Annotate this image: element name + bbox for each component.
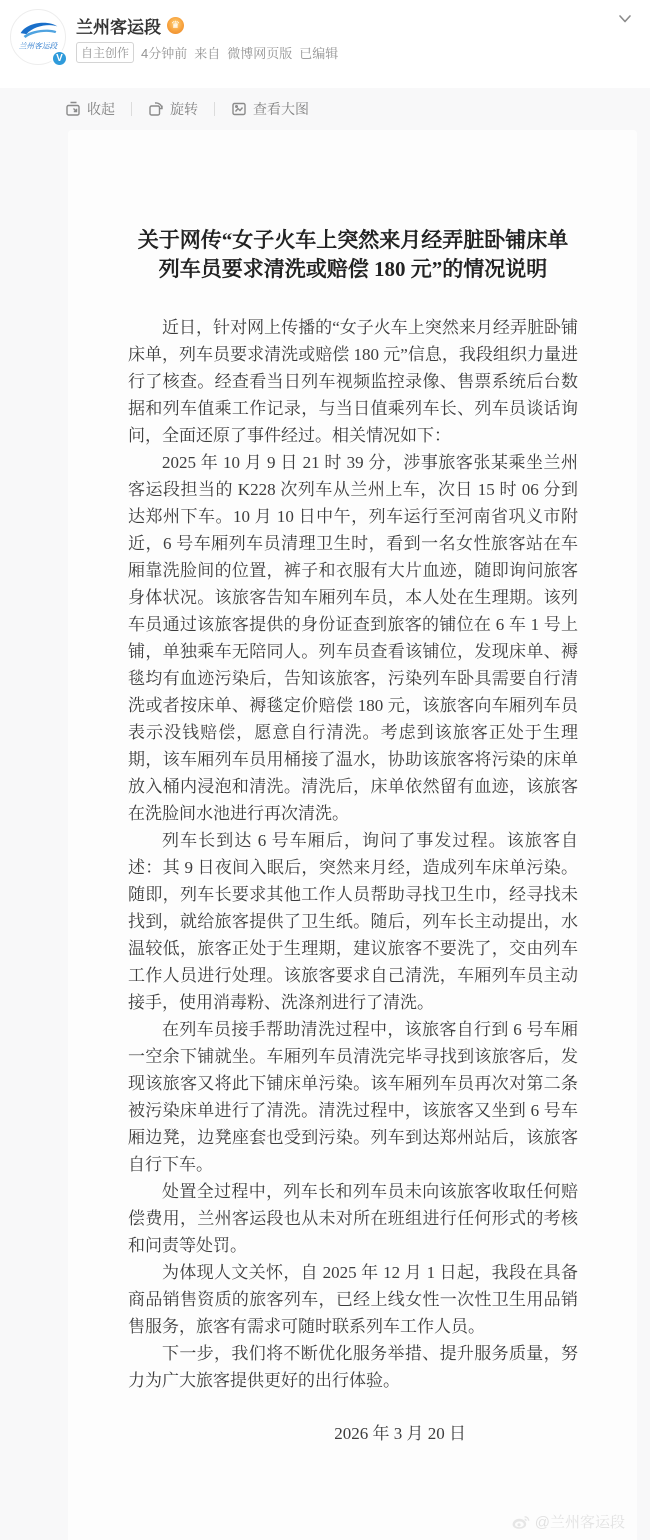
collapse-icon: [65, 101, 81, 117]
avatar[interactable]: 兰州客运段 V: [10, 9, 66, 65]
post-header: 兰州客运段 V 兰州客运段 ♛ 自主创作 4分钟前 来自 微博网页版 已编辑: [0, 0, 650, 88]
image-toolbar: 收起 旋转 查看大图: [0, 88, 650, 130]
statement-paragraph: 为体现人文关怀，自 2025 年 12 月 1 日起，我段在具备商品销售资质的旅…: [128, 1259, 578, 1340]
post-time[interactable]: 4分钟前: [141, 43, 187, 62]
watermark-text: @兰州客运段: [535, 1511, 625, 1532]
weibo-logo-icon: [511, 1514, 531, 1530]
statement-body: 近日，针对网上传播的“女子火车上突然来月经弄脏卧铺床单，列车员要求清洗或赔偿 1…: [128, 314, 578, 1394]
rotate-icon: [148, 101, 164, 117]
view-large-image-icon: [231, 101, 247, 117]
statement-paragraph: 2025 年 10 月 9 日 21 时 39 分，涉事旅客张某乘坐兰州客运段担…: [128, 449, 578, 827]
watermark: @兰州客运段: [511, 1511, 625, 1532]
member-medal-icon: ♛: [167, 17, 184, 34]
statement-paragraph: 列车长到达 6 号车厢后，询问了事发过程。该旅客自述：其 9 日夜间入眠后，突然…: [128, 827, 578, 1016]
statement-paragraph: 处置全过程中，列车长和列车员未向该旅客收取任何赔偿费用，兰州客运段也从未对所在班…: [128, 1178, 578, 1259]
weibo-post-page: { "header": { "username": "兰州客运段", "avat…: [0, 0, 650, 1540]
statement-paragraph: 近日，针对网上传播的“女子火车上突然来月经弄脏卧铺床单，列车员要求清洗或赔偿 1…: [128, 314, 578, 449]
view-large-label: 查看大图: [253, 99, 309, 119]
svg-text:兰州客运段: 兰州客运段: [19, 42, 59, 51]
statement-content: 关于网传“女子火车上突然来月经弄脏卧铺床单 列车员要求清洗或赔偿 180 元”的…: [68, 130, 637, 1447]
verified-badge-icon: V: [51, 50, 68, 67]
statement-title-line2: 列车员要求清洗或赔偿 180 元”的情况说明: [128, 255, 578, 284]
original-content-badge: 自主创作: [76, 42, 134, 63]
statement-image[interactable]: 关于网传“女子火车上突然来月经弄脏卧铺床单 列车员要求清洗或赔偿 180 元”的…: [68, 130, 637, 1540]
toolbar-divider: [131, 102, 132, 116]
chevron-down-icon[interactable]: [616, 10, 634, 28]
statement-paragraph: 下一步，我们将不断优化服务举措、提升服务质量，努力为广大旅客提供更好的出行体验。: [128, 1340, 578, 1394]
toolbar-divider: [214, 102, 215, 116]
rotate-button[interactable]: 旋转: [148, 99, 198, 119]
collapse-button[interactable]: 收起: [65, 99, 115, 119]
username[interactable]: 兰州客运段: [76, 13, 161, 38]
statement-title: 关于网传“女子火车上突然来月经弄脏卧铺床单 列车员要求清洗或赔偿 180 元”的…: [128, 226, 578, 284]
post-source[interactable]: 微博网页版: [227, 43, 292, 62]
statement-date: 2026 年 3 月 20 日: [128, 1420, 578, 1447]
view-large-button[interactable]: 查看大图: [231, 99, 309, 119]
rotate-label: 旋转: [170, 99, 198, 119]
collapse-label: 收起: [87, 99, 115, 119]
source-prefix: 来自: [194, 43, 220, 62]
statement-title-line1: 关于网传“女子火车上突然来月经弄脏卧铺床单: [128, 226, 578, 255]
statement-paragraph: 在列车员接手帮助清洗过程中，该旅客自行到 6 号车厢一空余下铺就坐。车厢列车员清…: [128, 1016, 578, 1178]
edited-label: 已编辑: [299, 43, 338, 62]
